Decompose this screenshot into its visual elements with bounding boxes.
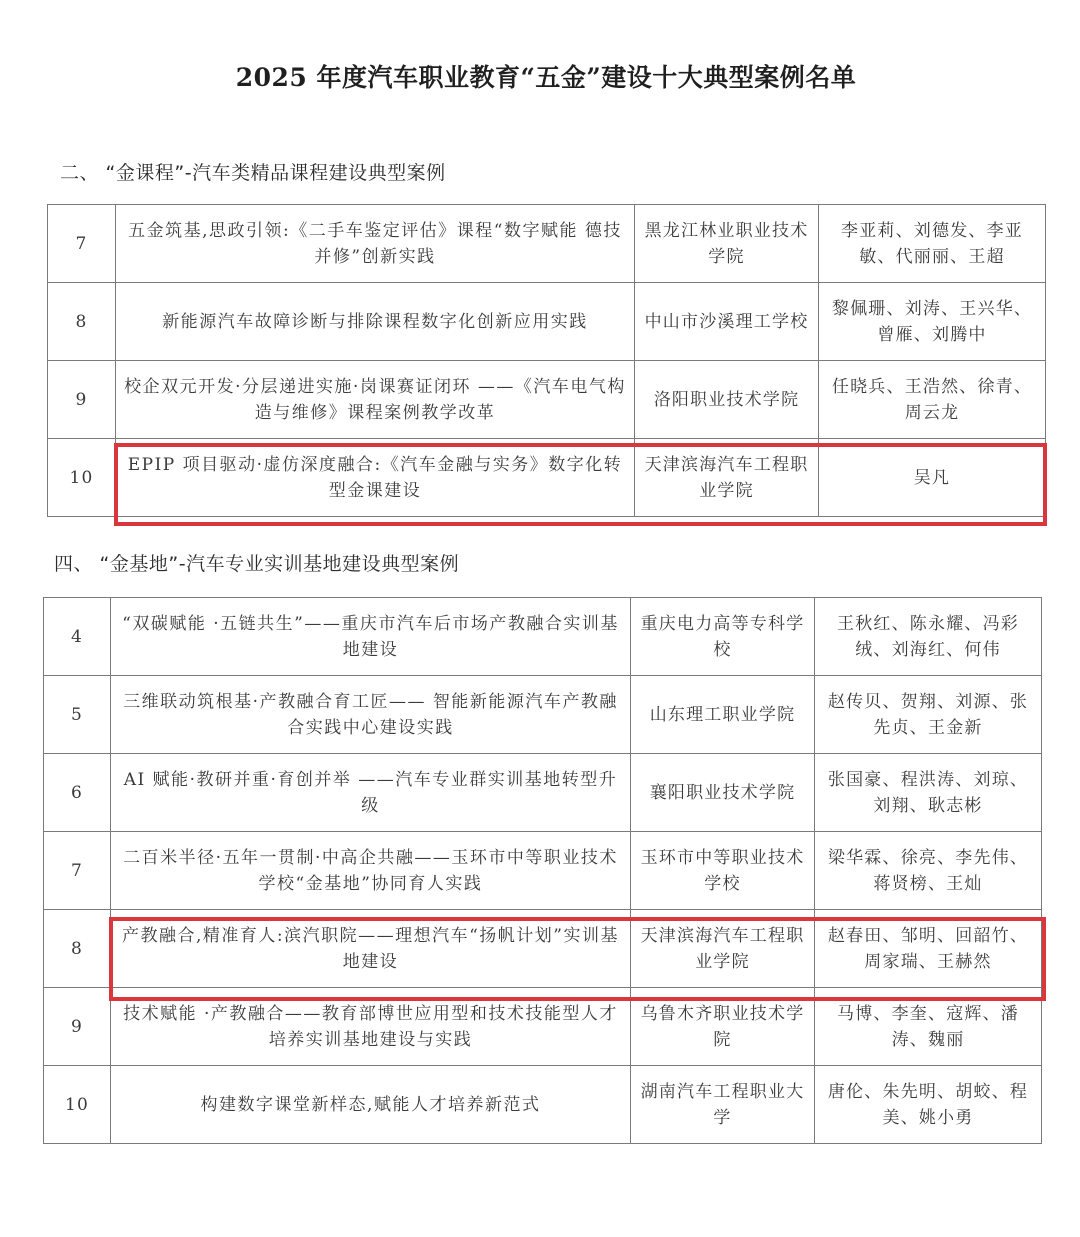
- case-institution: 中山市沙溪理工学校: [635, 283, 819, 361]
- case-number: 4: [44, 598, 111, 676]
- case-members: 马博、李奎、寇辉、潘涛、魏丽: [815, 988, 1042, 1066]
- gold-bases-table: 4 “双碳赋能 ·五链共生”——重庆市汽车后市场产教融合实训基地建设 重庆电力高…: [43, 597, 1042, 1144]
- table-row: 6 AI 赋能·教研并重·育创并举 ——汽车专业群实训基地转型升级 襄阳职业技术…: [44, 754, 1042, 832]
- case-institution: 天津滨海汽车工程职业学院: [631, 910, 815, 988]
- case-number: 8: [44, 910, 111, 988]
- case-title: 产教融合,精准育人:滨汽职院——理想汽车“扬帆计划”实训基地建设: [111, 910, 631, 988]
- case-members: 黎佩珊、刘涛、王兴华、曾雁、刘腾中: [819, 283, 1046, 361]
- case-title: 三维联动筑根基·产教融合育工匠—— 智能新能源汽车产教融合实践中心建设实践: [111, 676, 631, 754]
- table-row: 5 三维联动筑根基·产教融合育工匠—— 智能新能源汽车产教融合实践中心建设实践 …: [44, 676, 1042, 754]
- case-institution: 重庆电力高等专科学校: [631, 598, 815, 676]
- case-number: 6: [44, 754, 111, 832]
- case-title: 五金筑基,思政引领:《二手车鉴定评估》课程“数字赋能 德技并修”创新实践: [116, 205, 635, 283]
- case-institution: 湖南汽车工程职业大学: [631, 1066, 815, 1144]
- case-institution: 乌鲁木齐职业技术学院: [631, 988, 815, 1066]
- case-title: 二百米半径·五年一贯制·中高企共融——玉环市中等职业技术学校“金基地”协同育人实…: [111, 832, 631, 910]
- table-row: 9 技术赋能 ·产教融合——教育部博世应用型和技术技能型人才培养实训基地建设与实…: [44, 988, 1042, 1066]
- case-title: EPIP 项目驱动·虚仿深度融合:《汽车金融与实务》数字化转型金课建设: [116, 439, 635, 517]
- document-title: 2025 年度汽车职业教育“五金”建设十大典型案例名单: [0, 58, 1080, 94]
- case-number: 9: [44, 988, 111, 1066]
- case-members: 唐伦、朱先明、胡蛟、程美、姚小勇: [815, 1066, 1042, 1144]
- case-members: 赵传贝、贺翔、刘源、张先贞、王金新: [815, 676, 1042, 754]
- case-members: 张国豪、程洪涛、刘琼、刘翔、耿志彬: [815, 754, 1042, 832]
- case-members: 赵春田、邹明、回韶竹、周家瑞、王赫然: [815, 910, 1042, 988]
- gold-courses-table: 7 五金筑基,思政引领:《二手车鉴定评估》课程“数字赋能 德技并修”创新实践 黑…: [47, 204, 1046, 517]
- case-institution: 黑龙江林业职业技术学院: [635, 205, 819, 283]
- table-row: 9 校企双元开发·分层递进实施·岗课赛证闭环 ——《汽车电气构造与维修》课程案例…: [48, 361, 1046, 439]
- case-members: 吴凡: [819, 439, 1046, 517]
- case-number: 7: [48, 205, 116, 283]
- case-title: 构建数字课堂新样态,赋能人才培养新范式: [111, 1066, 631, 1144]
- table-row-highlighted: 10 EPIP 项目驱动·虚仿深度融合:《汽车金融与实务》数字化转型金课建设 天…: [48, 439, 1046, 517]
- case-number: 5: [44, 676, 111, 754]
- table-row: 8 新能源汽车故障诊断与排除课程数字化创新应用实践 中山市沙溪理工学校 黎佩珊、…: [48, 283, 1046, 361]
- section-heading-gold-courses: 二、 “金课程”-汽车类精品课程建设典型案例: [60, 158, 446, 185]
- case-number: 8: [48, 283, 116, 361]
- case-number: 7: [44, 832, 111, 910]
- table-row: 7 五金筑基,思政引领:《二手车鉴定评估》课程“数字赋能 德技并修”创新实践 黑…: [48, 205, 1046, 283]
- case-number: 10: [48, 439, 116, 517]
- case-title: 新能源汽车故障诊断与排除课程数字化创新应用实践: [116, 283, 635, 361]
- case-title: AI 赋能·教研并重·育创并举 ——汽车专业群实训基地转型升级: [111, 754, 631, 832]
- case-institution: 玉环市中等职业技术学校: [631, 832, 815, 910]
- case-title: “双碳赋能 ·五链共生”——重庆市汽车后市场产教融合实训基地建设: [111, 598, 631, 676]
- table-row: 4 “双碳赋能 ·五链共生”——重庆市汽车后市场产教融合实训基地建设 重庆电力高…: [44, 598, 1042, 676]
- case-institution: 山东理工职业学院: [631, 676, 815, 754]
- case-institution: 襄阳职业技术学院: [631, 754, 815, 832]
- table-row: 10 构建数字课堂新样态,赋能人才培养新范式 湖南汽车工程职业大学 唐伦、朱先明…: [44, 1066, 1042, 1144]
- case-number: 10: [44, 1066, 111, 1144]
- case-title: 技术赋能 ·产教融合——教育部博世应用型和技术技能型人才培养实训基地建设与实践: [111, 988, 631, 1066]
- table-row-highlighted: 8 产教融合,精准育人:滨汽职院——理想汽车“扬帆计划”实训基地建设 天津滨海汽…: [44, 910, 1042, 988]
- section-heading-gold-bases: 四、 “金基地”-汽车专业实训基地建设典型案例: [54, 549, 459, 576]
- case-number: 9: [48, 361, 116, 439]
- case-members: 任晓兵、王浩然、徐青、周云龙: [819, 361, 1046, 439]
- case-institution: 洛阳职业技术学院: [635, 361, 819, 439]
- table-row: 7 二百米半径·五年一贯制·中高企共融——玉环市中等职业技术学校“金基地”协同育…: [44, 832, 1042, 910]
- case-members: 王秋红、陈永耀、冯彩绒、刘海红、何伟: [815, 598, 1042, 676]
- case-institution: 天津滨海汽车工程职业学院: [635, 439, 819, 517]
- case-title: 校企双元开发·分层递进实施·岗课赛证闭环 ——《汽车电气构造与维修》课程案例教学…: [116, 361, 635, 439]
- case-members: 梁华霖、徐亮、李先伟、蒋贤榜、王灿: [815, 832, 1042, 910]
- case-members: 李亚莉、刘德发、李亚敏、代丽丽、王超: [819, 205, 1046, 283]
